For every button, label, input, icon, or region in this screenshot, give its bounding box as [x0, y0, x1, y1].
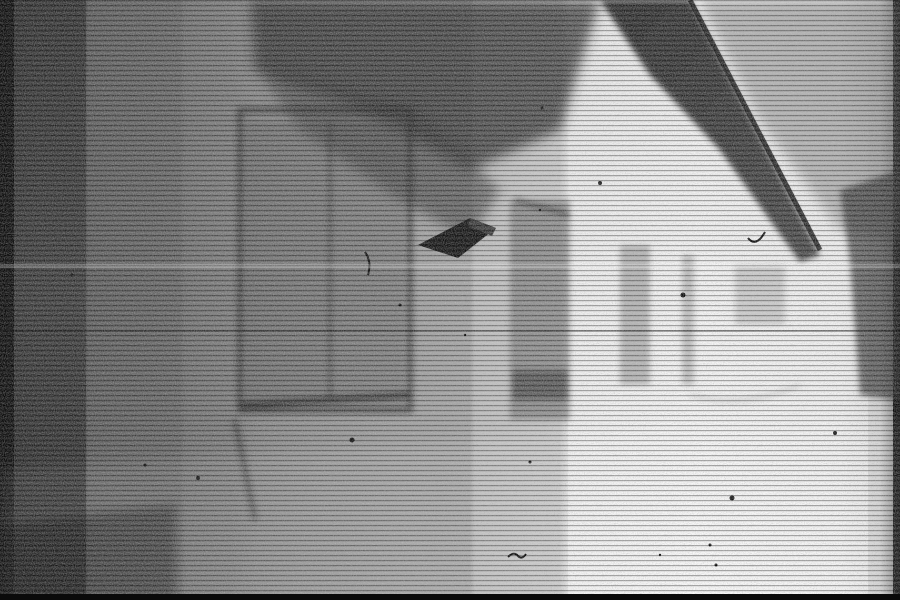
bottom-border — [0, 594, 900, 600]
film-grain — [0, 0, 900, 600]
photograph — [0, 0, 900, 600]
building-scene — [0, 0, 900, 600]
